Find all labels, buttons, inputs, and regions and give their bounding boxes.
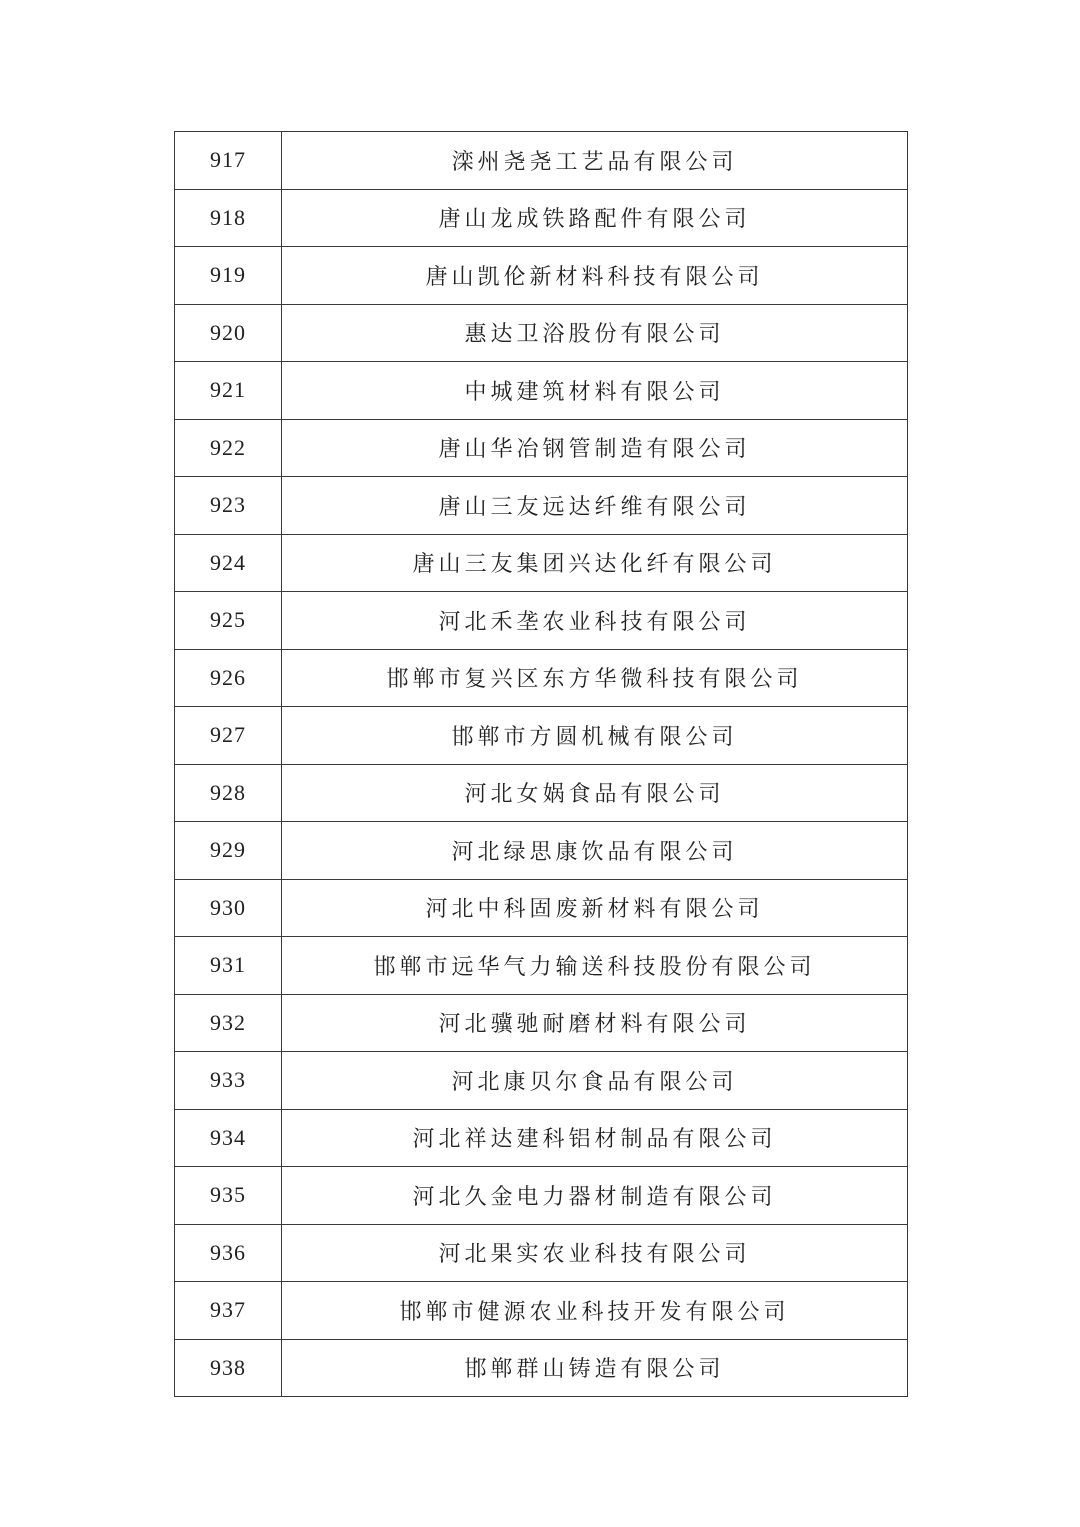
company-name: 河北中科固废新材料有限公司 — [282, 879, 908, 937]
row-number: 935 — [175, 1167, 282, 1225]
row-number: 934 — [175, 1109, 282, 1167]
table-row: 934 河北祥达建科铝材制品有限公司 — [175, 1109, 908, 1167]
row-number: 938 — [175, 1339, 282, 1397]
table-row: 929 河北绿思康饮品有限公司 — [175, 822, 908, 880]
company-name: 邯郸市健源农业科技开发有限公司 — [282, 1282, 908, 1340]
row-number: 921 — [175, 362, 282, 420]
table-row: 920 惠达卫浴股份有限公司 — [175, 304, 908, 362]
company-name: 邯郸群山铸造有限公司 — [282, 1339, 908, 1397]
company-name: 唐山三友集团兴达化纤有限公司 — [282, 534, 908, 592]
table-row: 917 滦州尧尧工艺品有限公司 — [175, 132, 908, 190]
table-row: 922 唐山华冶钢管制造有限公司 — [175, 419, 908, 477]
company-name: 唐山三友远达纤维有限公司 — [282, 477, 908, 535]
table-row: 931 邯郸市远华气力输送科技股份有限公司 — [175, 937, 908, 995]
company-name: 滦州尧尧工艺品有限公司 — [282, 132, 908, 190]
row-number: 925 — [175, 592, 282, 650]
row-number: 918 — [175, 189, 282, 247]
company-name: 河北久金电力器材制造有限公司 — [282, 1167, 908, 1225]
row-number: 926 — [175, 649, 282, 707]
company-list-table: 917 滦州尧尧工艺品有限公司 918 唐山龙成铁路配件有限公司 919 唐山凯… — [174, 131, 908, 1397]
table-row: 925 河北禾垄农业科技有限公司 — [175, 592, 908, 650]
table-row: 924 唐山三友集团兴达化纤有限公司 — [175, 534, 908, 592]
row-number: 917 — [175, 132, 282, 190]
table-row: 923 唐山三友远达纤维有限公司 — [175, 477, 908, 535]
row-number: 920 — [175, 304, 282, 362]
company-name: 河北骥驰耐磨材料有限公司 — [282, 994, 908, 1052]
company-name: 唐山华冶钢管制造有限公司 — [282, 419, 908, 477]
row-number: 930 — [175, 879, 282, 937]
table-row: 928 河北女娲食品有限公司 — [175, 764, 908, 822]
company-name: 邯郸市方圆机械有限公司 — [282, 707, 908, 765]
row-number: 927 — [175, 707, 282, 765]
table-row: 921 中城建筑材料有限公司 — [175, 362, 908, 420]
table-row: 936 河北果实农业科技有限公司 — [175, 1224, 908, 1282]
row-number: 922 — [175, 419, 282, 477]
table-row: 918 唐山龙成铁路配件有限公司 — [175, 189, 908, 247]
table-row: 937 邯郸市健源农业科技开发有限公司 — [175, 1282, 908, 1340]
table-row: 927 邯郸市方圆机械有限公司 — [175, 707, 908, 765]
company-name: 邯郸市远华气力输送科技股份有限公司 — [282, 937, 908, 995]
company-name: 惠达卫浴股份有限公司 — [282, 304, 908, 362]
table-row: 919 唐山凯伦新材料科技有限公司 — [175, 247, 908, 305]
table-row: 926 邯郸市复兴区东方华微科技有限公司 — [175, 649, 908, 707]
row-number: 932 — [175, 994, 282, 1052]
row-number: 933 — [175, 1052, 282, 1110]
row-number: 919 — [175, 247, 282, 305]
table-row: 938 邯郸群山铸造有限公司 — [175, 1339, 908, 1397]
table-row: 932 河北骥驰耐磨材料有限公司 — [175, 994, 908, 1052]
table-row: 930 河北中科固废新材料有限公司 — [175, 879, 908, 937]
company-name: 河北禾垄农业科技有限公司 — [282, 592, 908, 650]
row-number: 928 — [175, 764, 282, 822]
row-number: 936 — [175, 1224, 282, 1282]
company-name: 河北绿思康饮品有限公司 — [282, 822, 908, 880]
company-name: 河北康贝尔食品有限公司 — [282, 1052, 908, 1110]
company-name: 中城建筑材料有限公司 — [282, 362, 908, 420]
company-name: 河北女娲食品有限公司 — [282, 764, 908, 822]
table-row: 933 河北康贝尔食品有限公司 — [175, 1052, 908, 1110]
row-number: 923 — [175, 477, 282, 535]
row-number: 924 — [175, 534, 282, 592]
row-number: 931 — [175, 937, 282, 995]
row-number: 929 — [175, 822, 282, 880]
company-name: 河北果实农业科技有限公司 — [282, 1224, 908, 1282]
table-row: 935 河北久金电力器材制造有限公司 — [175, 1167, 908, 1225]
company-name: 唐山龙成铁路配件有限公司 — [282, 189, 908, 247]
row-number: 937 — [175, 1282, 282, 1340]
company-name: 邯郸市复兴区东方华微科技有限公司 — [282, 649, 908, 707]
company-name: 河北祥达建科铝材制品有限公司 — [282, 1109, 908, 1167]
document-page: 917 滦州尧尧工艺品有限公司 918 唐山龙成铁路配件有限公司 919 唐山凯… — [0, 0, 1080, 1527]
company-name: 唐山凯伦新材料科技有限公司 — [282, 247, 908, 305]
